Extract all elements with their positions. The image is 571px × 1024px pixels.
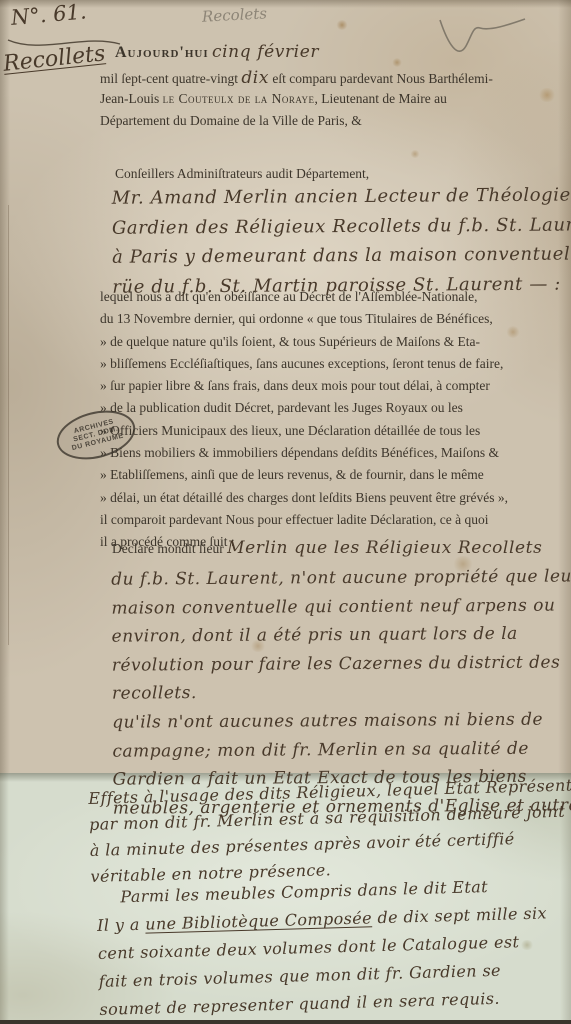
printed-line: » bliſſemens Eccléſiaſtiques, ſans aucun… [100,353,508,375]
declarant-intro: Mr. Amand Merlin ancien Lecteur de Théol… [112,180,571,301]
hand-line: à Paris y demeurant dans la maison conve… [112,239,571,272]
printed-line: » de quelque nature qu'ils ſoient, & tou… [100,331,508,353]
hand-line: Gardien des Réligieux Recollets du f.b. … [112,210,571,243]
printed-line: » de la publication dudit Décret, pardev… [100,397,508,419]
printed-line: » délai, un état détaillé des charges do… [100,487,508,509]
printed-fragment: mil ſept-cent quatre-vingt [100,71,238,86]
printed-fragment: , Lieutenant de Maire au [315,91,447,106]
hand-line: révolution pour faire les Cazernes du di… [112,648,571,680]
hand-line: qu'ils n'ont aucunes autres maisons ni b… [112,705,571,737]
hand-line: Mr. Amand Merlin ancien Lecteur de Théol… [112,180,571,213]
printed-line: » Biens mobiliers & immobiliers dépendan… [100,442,508,464]
photo-edge [0,1020,571,1024]
hand-line: environ, dont il a été pris un quart lor… [112,620,571,652]
printed-line: » ſur papier libre & ſans frais, dans de… [100,375,508,397]
opening-line: mil ſept-cent quatre-vingt dix eſt compa… [100,68,493,88]
printed-line: du 13 Novembre dernier, qui ordonne « qu… [100,308,508,330]
date-handwritten: cinq février [212,42,319,62]
printed-fragment: Jean-Louis [100,91,159,106]
printed-line: » Officiers Municipaux des lieux, une Dé… [100,420,508,442]
bottom-paragraph-2: Parmi les meubles Compris dans le dit Et… [96,871,550,1024]
manuscript-page: N°. 61. Recolets Recollets ARCHIVES SECT… [0,0,571,1024]
library-mention: une Bibliotèque Composée [145,908,372,933]
printed-line: il comparoit pardevant Nous pour effectu… [100,509,508,531]
hand-line: campagne; mon dit fr. Merlin en sa quali… [112,734,571,766]
opening-line: Conſeillers Adminiſtrateurs audit Départ… [115,166,369,182]
hand-line: recollets. [112,677,571,709]
opening-line: Aujourd'hui cinq février [115,42,319,62]
opening-line: Jean-Louis le Couteulx de la Noraye, Lie… [100,91,447,107]
printed-line: » Etabliſſemens, ainſi que de leurs reve… [100,464,508,486]
hand-fragment: de dix sept mille six [372,903,547,927]
hand-line: maison conventuelle qui contient neuf ar… [111,591,571,623]
hand-line: du f.b. St. Laurent, n'ont aucune propri… [111,562,571,594]
year-handwritten: dix [241,68,269,88]
officer-name: le Couteulx de la Noraye [163,91,315,106]
declaration-lead: Déclare mondit ſieur Merlin que les Réli… [112,538,542,558]
printed-line: lequel nous a dit qu'en obéiſſance au Dé… [100,286,508,308]
paraph-mark [432,16,528,64]
hand-fragment: Merlin que les Réligieux Recollets [227,538,542,558]
printed-fragment: Déclare mondit ſieur [112,541,224,556]
opening-word: Aujourd'hui [115,44,209,61]
top-margin-note: Recolets [202,4,268,25]
paper-crease [8,205,9,645]
decree-citation: lequel nous a dit qu'en obéiſſance au Dé… [100,286,508,554]
printed-fragment: eſt comparu pardevant Nous Barthélemi- [272,71,492,86]
hand-fragment: Il y a [97,915,146,935]
opening-line: Département du Domaine de la Ville de Pa… [100,113,362,129]
